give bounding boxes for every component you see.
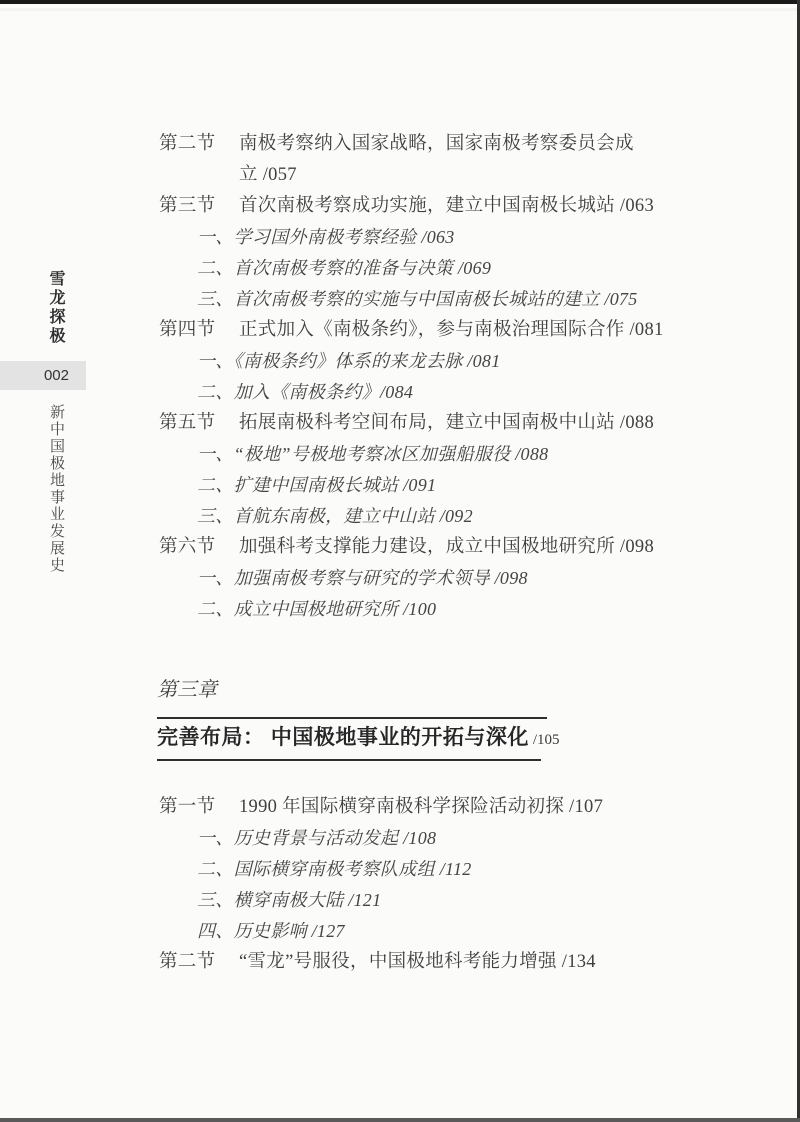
subentry-text: 三、横穿南极大陆 /121 [197, 890, 381, 910]
section-label: 第六节 [159, 532, 239, 563]
toc-part1: 第二节 南极考察纳入国家战略，国家南极考察委员会成 立 /057 第三节 首次南… [159, 129, 699, 625]
toc-subentry: 二、加入《南极条约》/084 [159, 377, 699, 408]
section-title: 1990 年国际横穿南极科学探险活动初探 /107 [239, 792, 699, 823]
chapter-heading-block: 第三章 完善布局： 中国极地事业的开拓与深化/105 [157, 676, 587, 761]
subentry-text: 三、首次南极考察的实施与中国南极长城站的建立 /075 [197, 289, 638, 309]
toc-subentry: 一、加强南极考察与研究的学术领导 /098 [159, 563, 699, 594]
section-title: 正式加入《南极条约》，参与南极治理国际合作 /081 [239, 315, 699, 346]
toc-subentry: 三、首次南极考察的实施与中国南极长城站的建立 /075 [159, 284, 699, 315]
page-number-band: 002 [0, 361, 86, 390]
scan-artifact-line [0, 8, 800, 11]
toc-entry: 第六节 加强科考支撑能力建设，成立中国极地研究所 /098 [159, 532, 699, 563]
toc-subentry: 一、“极地”号极地考察冰区加强船服役 /088 [159, 439, 699, 470]
section-label: 第三节 [159, 191, 239, 222]
toc-subentry: 三、横穿南极大陆 /121 [159, 885, 699, 916]
toc-entry: 第二节 “雪龙”号服役，中国极地科考能力增强 /134 [159, 947, 699, 978]
toc-part2: 第一节 1990 年国际横穿南极科学探险活动初探 /107 一、历史背景与活动发… [159, 792, 699, 978]
toc-entry: 第四节 正式加入《南极条约》，参与南极治理国际合作 /081 [159, 315, 699, 346]
section-label: 第二节 [159, 129, 239, 191]
chapter-title: 完善布局： 中国极地事业的开拓与深化 [157, 726, 529, 749]
toc-subentry: 二、扩建中国南极长城站 /091 [159, 470, 699, 501]
toc-subentry: 二、首次南极考察的准备与决策 /069 [159, 253, 699, 284]
toc-subentry: 一、学习国外南极考察经验 /063 [159, 222, 699, 253]
sidebar-book-title: 雪龙探极 [44, 270, 67, 346]
section-title: 拓展南极科考空间布局，建立中国南极中山站 /088 [239, 408, 699, 439]
subentry-text: 一、历史背景与活动发起 /108 [197, 828, 436, 848]
section-label: 第二节 [159, 947, 239, 978]
chapter-number: 第三章 [157, 676, 587, 704]
toc-subentry: 四、历史影响 /127 [159, 916, 699, 947]
toc-entry: 第五节 拓展南极科考空间布局，建立中国南极中山站 /088 [159, 408, 699, 439]
book-page: 雪龙探极 002 新中国极地事业发展史 第二节 南极考察纳入国家战略，国家南极考… [0, 0, 800, 1122]
section-title: 加强科考支撑能力建设，成立中国极地研究所 /098 [239, 532, 699, 563]
toc-entry: 第二节 南极考察纳入国家战略，国家南极考察委员会成 立 /057 [159, 129, 699, 191]
subentry-text: 四、历史影响 /127 [197, 921, 345, 941]
toc-subentry: 一、《南极条约》体系的来龙去脉 /081 [159, 346, 699, 377]
section-title: “雪龙”号服役，中国极地科考能力增强 /134 [239, 947, 699, 978]
chapter-rule-bottom [157, 759, 541, 761]
section-title: 南极考察纳入国家战略，国家南极考察委员会成 立 /057 [239, 129, 699, 191]
subentry-text: 二、成立中国极地研究所 /100 [197, 599, 436, 619]
subentry-text: 三、首航东南极，建立中山站 /092 [197, 506, 473, 526]
toc-subentry: 一、历史背景与活动发起 /108 [159, 823, 699, 854]
section-label: 第一节 [159, 792, 239, 823]
subentry-text: 二、国际横穿南极考察队成组 /112 [197, 859, 472, 879]
section-label: 第四节 [159, 315, 239, 346]
scan-edge-top [0, 0, 800, 4]
scan-edge-bottom [0, 1118, 800, 1122]
subentry-text: 二、首次南极考察的准备与决策 /069 [197, 258, 491, 278]
subentry-text: 一、学习国外南极考察经验 /063 [197, 227, 455, 247]
toc-subentry: 二、成立中国极地研究所 /100 [159, 594, 699, 625]
subentry-text: 二、扩建中国南极长城站 /091 [197, 475, 436, 495]
toc-subentry: 三、首航东南极，建立中山站 /092 [159, 501, 699, 532]
chapter-title-row: 完善布局： 中国极地事业的开拓与深化/105 [157, 719, 587, 759]
subentry-text: 一、加强南极考察与研究的学术领导 /098 [197, 568, 528, 588]
sidebar-series-title: 新中国极地事业发展史 [46, 404, 67, 574]
subentry-text: 二、加入《南极条约》/084 [197, 382, 413, 402]
section-label: 第五节 [159, 408, 239, 439]
subentry-text: 一、《南极条约》体系的来龙去脉 /081 [197, 351, 501, 371]
chapter-page-number: /105 [533, 732, 560, 748]
toc-entry: 第一节 1990 年国际横穿南极科学探险活动初探 /107 [159, 792, 699, 823]
section-title: 首次南极考察成功实施，建立中国南极长城站 /063 [239, 191, 699, 222]
subentry-text: 一、“极地”号极地考察冰区加强船服役 /088 [197, 444, 548, 464]
page-number: 002 [44, 367, 69, 384]
toc-subentry: 二、国际横穿南极考察队成组 /112 [159, 854, 699, 885]
toc-entry: 第三节 首次南极考察成功实施，建立中国南极长城站 /063 [159, 191, 699, 222]
